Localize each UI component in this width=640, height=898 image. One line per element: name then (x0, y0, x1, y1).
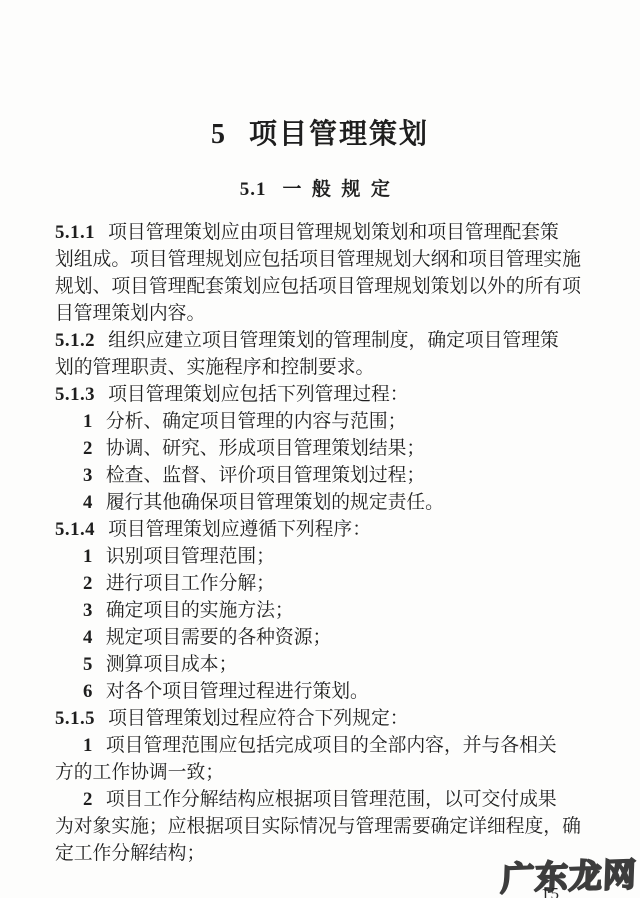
text-line: 划组成。项目管理规划应包括项目管理规划大纲和项目管理实施 (55, 246, 587, 273)
line-text: 定工作分解结构； (55, 843, 205, 864)
clause-number: 5.1.4 (55, 519, 95, 540)
text-line: 2项目工作分解结构应根据项目管理范围，以可交付成果 (55, 786, 587, 813)
document-page: 5项目管理策划 5.1一般规定 5.1.1项目管理策划应由项目管理规划策划和项目… (0, 0, 640, 898)
chapter-title-text: 项目管理策划 (249, 119, 429, 150)
line-text: 项目管理策划过程应符合下列规定： (108, 708, 409, 729)
text-line: 3检查、监督、评价项目管理策划过程； (55, 462, 587, 489)
item-number: 4 (83, 627, 93, 648)
line-text: 目管理策划内容。 (55, 303, 205, 324)
line-text: 划的管理职责、实施程序和控制要求。 (55, 357, 374, 378)
text-line: 5.1.2组织应建立项目管理策划的管理制度，确定项目管理策 (55, 327, 587, 354)
item-number: 5 (83, 654, 93, 675)
chapter-title: 5项目管理策划 (0, 112, 640, 152)
line-text: 项目管理策划应遵循下列程序： (108, 519, 371, 540)
site-watermark: 广东龙网 (500, 849, 638, 898)
text-line: 3确定项目的实施方法； (55, 597, 587, 624)
line-text: 为对象实施；应根据项目实际情况与管理需要确定详细程度，确 (55, 816, 581, 837)
item-number: 3 (83, 465, 93, 486)
text-line: 1项目管理范围应包括完成项目的全部内容，并与各相关 (55, 732, 587, 759)
text-line: 划的管理职责、实施程序和控制要求。 (55, 354, 587, 381)
line-text: 组织应建立项目管理策划的管理制度，确定项目管理策 (108, 330, 559, 351)
clause-number: 5.1.2 (55, 330, 95, 351)
line-text: 方的工作协调一致； (55, 762, 224, 783)
item-number: 4 (83, 492, 93, 513)
line-text: 规定项目需要的各种资源； (106, 627, 331, 648)
item-number: 2 (83, 573, 93, 594)
line-text: 规划、项目管理配套策划应包括项目管理规划策划以外的所有项 (55, 276, 581, 297)
line-text: 项目工作分解结构应根据项目管理范围，以可交付成果 (106, 789, 557, 810)
item-number: 2 (83, 438, 93, 459)
text-line: 5.1.1项目管理策划应由项目管理规划策划和项目管理配套策 (55, 219, 587, 246)
text-line: 目管理策划内容。 (55, 300, 587, 327)
clause-number: 5.1.1 (55, 222, 95, 243)
text-line: 1分析、确定项目管理的内容与范围； (55, 408, 587, 435)
line-text: 识别项目管理范围； (106, 546, 275, 567)
text-line: 方的工作协调一致； (55, 759, 587, 786)
section-title-text: 一般规定 (282, 179, 400, 200)
page-number: 15 (541, 884, 560, 898)
section-title: 5.1一般规定 (0, 174, 640, 201)
text-line: 5.1.4项目管理策划应遵循下列程序： (55, 516, 587, 543)
section-number: 5.1 (240, 179, 267, 200)
text-line: 1识别项目管理范围； (55, 543, 587, 570)
item-number: 3 (83, 600, 93, 621)
text-line: 规划、项目管理配套策划应包括项目管理规划策划以外的所有项 (55, 273, 587, 300)
line-text: 检查、监督、评价项目管理策划过程； (106, 465, 425, 486)
clause-number: 5.1.3 (55, 384, 95, 405)
text-line: 4规定项目需要的各种资源； (55, 624, 587, 651)
chapter-number: 5 (211, 119, 227, 150)
line-text: 进行项目工作分解； (106, 573, 275, 594)
clause-number: 5.1.5 (55, 708, 95, 729)
text-line: 为对象实施；应根据项目实际情况与管理需要确定详细程度，确 (55, 813, 587, 840)
text-line: 2进行项目工作分解； (55, 570, 587, 597)
body-text: 5.1.1项目管理策划应由项目管理规划策划和项目管理配套策 划组成。项目管理规划… (55, 219, 587, 867)
line-text: 确定项目的实施方法； (106, 600, 294, 621)
line-text: 项目管理策划应由项目管理规划策划和项目管理配套策 (108, 222, 559, 243)
item-number: 1 (83, 546, 93, 567)
line-text: 项目管理范围应包括完成项目的全部内容，并与各相关 (106, 735, 557, 756)
line-text: 测算项目成本； (106, 654, 237, 675)
text-line: 5测算项目成本； (55, 651, 587, 678)
item-number: 2 (83, 789, 93, 810)
text-line: 5.1.3项目管理策划应包括下列管理过程： (55, 381, 587, 408)
item-number: 6 (83, 681, 93, 702)
line-text: 履行其他确保项目管理策划的规定责任。 (106, 492, 444, 513)
line-text: 划组成。项目管理规划应包括项目管理规划大纲和项目管理实施 (55, 249, 581, 270)
text-line: 2协调、研究、形成项目管理策划结果； (55, 435, 587, 462)
line-text: 分析、确定项目管理的内容与范围； (106, 411, 407, 432)
text-line: 5.1.5项目管理策划过程应符合下列规定： (55, 705, 587, 732)
text-line: 4履行其他确保项目管理策划的规定责任。 (55, 489, 587, 516)
item-number: 1 (83, 411, 93, 432)
line-text: 项目管理策划应包括下列管理过程： (108, 384, 409, 405)
line-text: 对各个项目管理过程进行策划。 (106, 681, 369, 702)
text-line: 6对各个项目管理过程进行策划。 (55, 678, 587, 705)
line-text: 协调、研究、形成项目管理策划结果； (106, 438, 425, 459)
item-number: 1 (83, 735, 93, 756)
